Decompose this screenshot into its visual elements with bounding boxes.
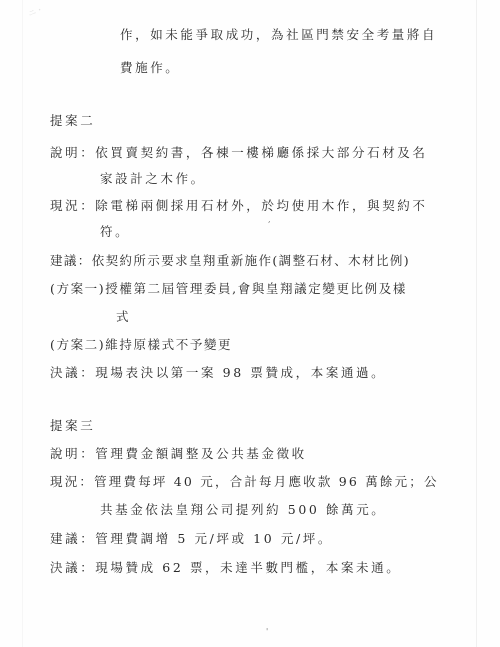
proposal-2-option-2: (方案二)維持原樣式不予變更 xyxy=(50,337,232,353)
proposal-3-status-line-2: 共基金依法皇翔公司提列約 500 餘萬元。 xyxy=(100,502,386,518)
proposal-2-option-1-line-1: (方案一)授權第二屆管理委員,會與皇翔議定變更比例及樣 xyxy=(50,281,407,297)
proposal-3-status-line-1: 現況：管理費每坪 40 元，合計每月應收款 96 萬餘元；公 xyxy=(50,474,439,490)
continuation-line-1: 作，如未能爭取成功，為社區門禁安全考量將自 xyxy=(120,27,437,43)
proposal-2-resolution: 決議：現場表決以第一案 98 票贊成，本案通過。 xyxy=(50,365,386,381)
proposal-3-heading: 提案三 xyxy=(50,418,95,434)
proposal-2-status-line-1: 現況：除電梯兩側採用石材外，於均使用木作，與契約不 xyxy=(50,198,428,214)
scanned-document-page: ニ・ 作，如未能爭取成功，為社區門禁安全考量將自 費施作。 提案二 說明：依買賣… xyxy=(0,0,500,647)
scan-speck: , xyxy=(268,215,271,224)
continuation-line-2: 費施作。 xyxy=(120,60,180,76)
proposal-2-status-line-2: 符。 xyxy=(100,224,130,240)
scan-speck: ' xyxy=(266,627,268,636)
corner-scan-mark: ニ・ xyxy=(27,4,46,20)
proposal-2-option-1-line-2: 式 xyxy=(116,309,131,325)
proposal-2-explanation-line-1: 說明：依買賣契約書，各棟一樓梯廳係採大部分石材及名 xyxy=(50,145,428,161)
page-edge-left xyxy=(22,0,23,647)
proposal-3-explanation: 說明：管理費金額調整及公共基金徵收 xyxy=(50,446,307,462)
proposal-3-resolution: 決議：現場贊成 62 票，未達半數門檻，本案未通。 xyxy=(50,560,401,576)
proposal-2-explanation-line-2: 家設計之木作。 xyxy=(100,171,206,187)
proposal-3-suggestion: 建議：管理費調增 5 元/坪或 10 元/坪。 xyxy=(50,531,333,547)
proposal-2-suggestion: 建議：依契約所示要求皇翔重新施作(調整石材、木材比例) xyxy=(50,253,410,269)
page-edge-right xyxy=(476,0,477,647)
proposal-2-heading: 提案二 xyxy=(50,113,95,129)
